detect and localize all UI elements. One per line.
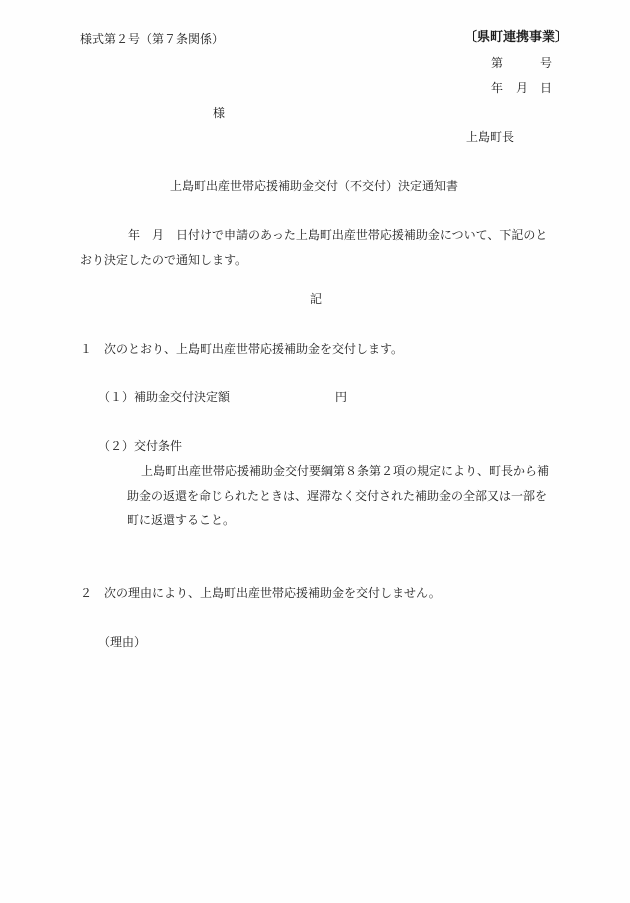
section-1-heading: １ 次のとおり、上島町出産世帯応援補助金を交付します。	[80, 343, 403, 355]
document-title: 上島町出産世帯応援補助金交付（不交付）決定通知書	[170, 180, 458, 192]
date-month-label: 月	[516, 82, 528, 94]
doc-number-suffix: 号	[540, 57, 552, 69]
grant-amount-label: （１）補助金交付決定額	[98, 391, 230, 403]
form-number: 様式第２号（第７条関係）	[80, 33, 224, 45]
doc-number-prefix: 第	[491, 57, 503, 69]
section-2-heading: ２ 次の理由により、上島町出産世帯応援補助金を交付しません。	[80, 587, 441, 599]
grant-conditions-label: （２）交付条件	[98, 440, 182, 452]
document-page: 様式第２号（第７条関係） 〔県町連携事業〕 第 号 年 月 日 様 上島町長 上…	[0, 0, 630, 903]
grant-conditions-line-3: 町に返還すること。	[127, 514, 235, 526]
program-badge: 〔県町連携事業〕	[464, 31, 568, 44]
grant-conditions-line-1: 上島町出産世帯応援補助金交付要綱第８条第２項の規定により、町長から補	[141, 465, 549, 477]
grant-amount-unit: 円	[335, 391, 347, 403]
body-line-1: 年 月 日付けで申請のあった上島町出産世帯応援補助金について、下記のと	[128, 229, 547, 241]
reason-label: （理由）	[98, 636, 146, 648]
date-year-label: 年	[491, 82, 503, 94]
body-line-2: おり決定したので通知します。	[80, 254, 247, 266]
grant-conditions-line-2: 助金の返還を命じられたときは、遅滞なく交付された補助金の全部又は一部を	[127, 490, 547, 502]
date-day-label: 日	[540, 82, 552, 94]
record-heading: 記	[310, 293, 322, 305]
addressee-honorific: 様	[213, 107, 225, 119]
issuer-name: 上島町長	[466, 131, 514, 143]
